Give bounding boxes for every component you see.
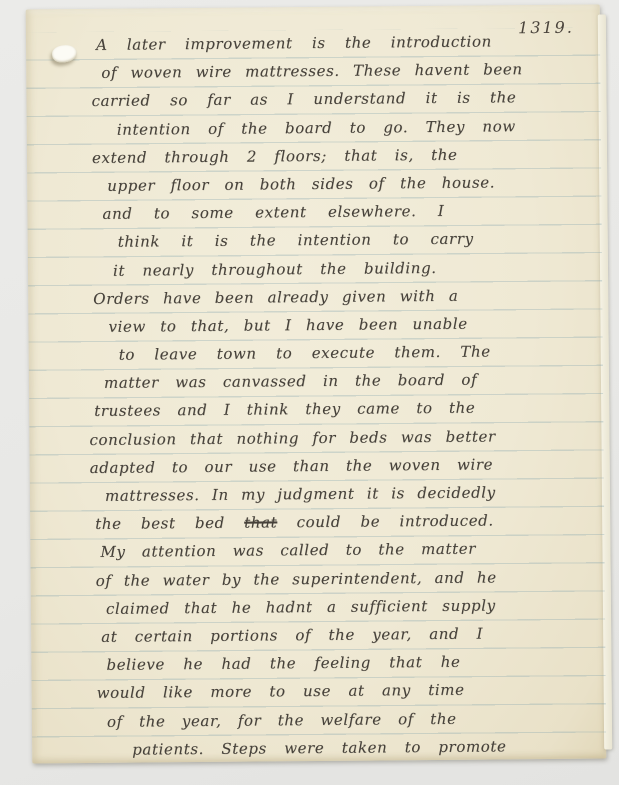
under-sheet-edge [598,14,612,749]
line-segment: the best bed [95,514,244,533]
manuscript-page: 1319. A later improvement is the introdu… [26,5,607,764]
handwritten-text: A later improvement is the introduction … [26,27,592,765]
scanner-bed: 1319. A later improvement is the introdu… [0,0,619,785]
handwritten-line: carried so far as I understand it is the [26,83,586,116]
line-segment: could be introduced. [277,512,494,532]
handwritten-line: patients. Steps were taken to promote [32,731,592,764]
struck-word: that [244,514,277,532]
handwritten-line: intention of the board to go. They now [27,111,587,144]
